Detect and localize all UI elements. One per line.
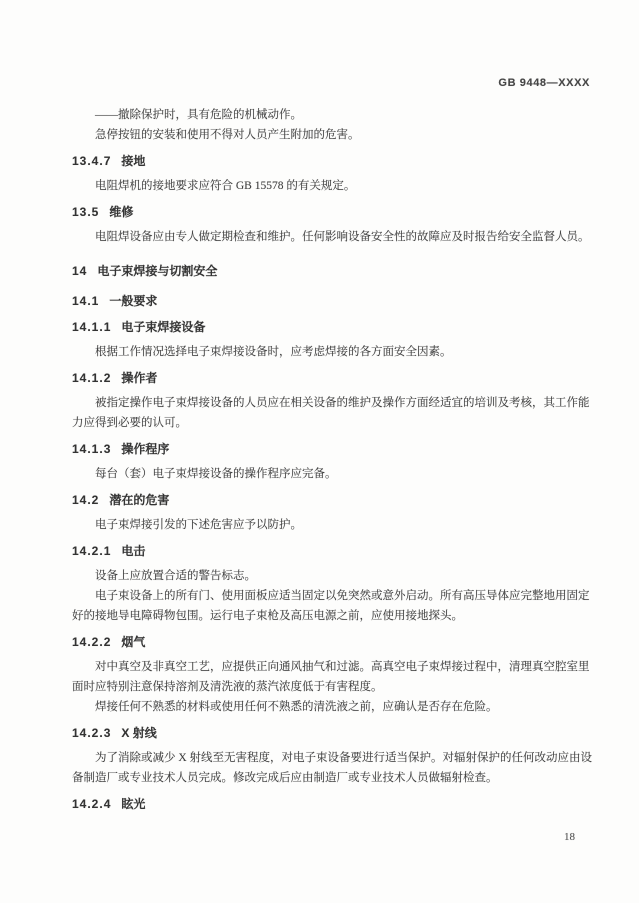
section-number: 14.2.2 <box>72 635 111 649</box>
document-body: ——撤除保护时，具有危险的机械动作。急停按钮的安装和使用不得对人员产生附加的危害… <box>0 90 639 814</box>
section-number: 14.2.3 <box>72 726 111 740</box>
section-heading: 14.2.2烟气 <box>72 632 592 652</box>
standard-code: GB 9448—XXXX <box>498 77 590 89</box>
text-line: 每台（套）电子束焊接设备的操作程序应完备。 <box>72 464 592 484</box>
section-number: 14.2 <box>72 493 99 507</box>
text-line: 焊接任何不熟悉的材料或使用任何不熟悉的清洗液之前，应确认是否存在危险。 <box>72 697 592 717</box>
section-title: 一般要求 <box>109 294 157 308</box>
section-number: 14.1.2 <box>72 371 111 385</box>
section-number: 14 <box>72 264 87 278</box>
paragraph: 为了消除或减少 X 射线至无害程度，对电子束设备要进行适当保护。对辐射保护的任何… <box>72 748 592 788</box>
section-title: 操作者 <box>121 371 157 385</box>
section-title: 操作程序 <box>121 442 169 456</box>
text-line: 备制造厂或专业技术人员完成。修改完成后应由制造厂或专业技术人员做辐射检查。 <box>72 768 592 788</box>
text-line: ——撤除保护时，具有危险的机械动作。 <box>72 105 592 125</box>
text-line: 设备上应放置合适的警告标志。 <box>72 566 592 586</box>
section-heading: 14.2.3X 射线 <box>72 723 592 743</box>
section-heading: 14.2潜在的危害 <box>72 490 592 510</box>
section-title: 烟气 <box>121 635 145 649</box>
paragraph: 根据工作情况选择电子束焊接设备时，应考虑焊接的各方面安全因素。 <box>72 342 592 362</box>
section-number: 13.5 <box>72 205 99 219</box>
page-header: GB 9448—XXXX <box>0 0 639 90</box>
section-number: 14.2.1 <box>72 544 111 558</box>
section-heading: 13.5维修 <box>72 202 592 222</box>
section-heading: 14.1一般要求 <box>72 291 592 311</box>
text-line: 面时应特别注意保持溶剂及清洗液的蒸汽浓度低于有害程度。 <box>72 677 592 697</box>
text-line: 被指定操作电子束焊接设备的人员应在相关设备的维护及操作方面经适宜的培训及考核，其… <box>72 393 592 413</box>
section-number: 14.1 <box>72 294 99 308</box>
section-heading: 14.1.3操作程序 <box>72 439 592 459</box>
section-title: 接地 <box>121 154 145 168</box>
dash-list-item: ——撤除保护时，具有危险的机械动作。 <box>72 105 592 125</box>
section-heading: 14.2.1电击 <box>72 541 592 561</box>
section-title: 维修 <box>109 205 133 219</box>
text-line: 好的接地导电障碍物包围。运行电子束枪及高压电源之前，应使用接地探头。 <box>72 606 592 626</box>
document-page: GB 9448—XXXX ——撤除保护时，具有危险的机械动作。急停按钮的安装和使… <box>0 0 639 903</box>
text-line: 急停按钮的安装和使用不得对人员产生附加的危害。 <box>72 125 592 145</box>
text-line: 电子束焊接引发的下述危害应予以防护。 <box>72 515 592 535</box>
section-title: 电子束焊接设备 <box>121 320 205 334</box>
section-number: 13.4.7 <box>72 154 111 168</box>
section-number: 14.1.1 <box>72 320 111 334</box>
section-heading: 14电子束焊接与切割安全 <box>72 261 592 281</box>
section-title: 潜在的危害 <box>109 493 169 507</box>
paragraph: 被指定操作电子束焊接设备的人员应在相关设备的维护及操作方面经适宜的培训及考核，其… <box>72 393 592 433</box>
paragraph: 每台（套）电子束焊接设备的操作程序应完备。 <box>72 464 592 484</box>
section-title: 电击 <box>121 544 145 558</box>
paragraph: 急停按钮的安装和使用不得对人员产生附加的危害。 <box>72 125 592 145</box>
paragraph: 电阻焊设备应由专人做定期检查和维护。任何影响设备安全性的故障应及时报告给安全监督… <box>72 227 592 247</box>
text-line: 电子束设备上的所有门、使用面板应适当固定以免突然或意外启动。所有高压导体应完整地… <box>72 586 592 606</box>
section-heading: 14.2.4眩光 <box>72 794 592 814</box>
section-number: 14.2.4 <box>72 797 111 811</box>
section-title: X 射线 <box>121 726 156 740</box>
paragraph: 电阻焊机的接地要求应符合 GB 15578 的有关规定。 <box>72 176 592 196</box>
section-heading: 14.1.1电子束焊接设备 <box>72 317 592 337</box>
paragraph: 对中真空及非真空工艺，应提供正向通风抽气和过滤。高真空电子束焊接过程中，清理真空… <box>72 657 592 697</box>
paragraph: 焊接任何不熟悉的材料或使用任何不熟悉的清洗液之前，应确认是否存在危险。 <box>72 697 592 717</box>
section-title: 电子束焊接与切割安全 <box>97 264 217 278</box>
text-line: 为了消除或减少 X 射线至无害程度，对电子束设备要进行适当保护。对辐射保护的任何… <box>72 748 592 768</box>
text-line: 力应得到必要的认可。 <box>72 413 592 433</box>
section-title: 眩光 <box>121 797 145 811</box>
section-heading: 14.1.2操作者 <box>72 368 592 388</box>
text-line: 对中真空及非真空工艺，应提供正向通风抽气和过滤。高真空电子束焊接过程中，清理真空… <box>72 657 592 677</box>
section-number: 14.1.3 <box>72 442 111 456</box>
page-number: 18 <box>564 831 575 843</box>
page-footer: 18 <box>564 831 575 843</box>
text-line: 电阻焊设备应由专人做定期检查和维护。任何影响设备安全性的故障应及时报告给安全监督… <box>72 227 592 247</box>
paragraph: 电子束焊接引发的下述危害应予以防护。 <box>72 515 592 535</box>
text-line: 根据工作情况选择电子束焊接设备时，应考虑焊接的各方面安全因素。 <box>72 342 592 362</box>
paragraph: 设备上应放置合适的警告标志。 <box>72 566 592 586</box>
section-heading: 13.4.7接地 <box>72 151 592 171</box>
paragraph: 电子束设备上的所有门、使用面板应适当固定以免突然或意外启动。所有高压导体应完整地… <box>72 586 592 626</box>
text-line: 电阻焊机的接地要求应符合 GB 15578 的有关规定。 <box>72 176 592 196</box>
